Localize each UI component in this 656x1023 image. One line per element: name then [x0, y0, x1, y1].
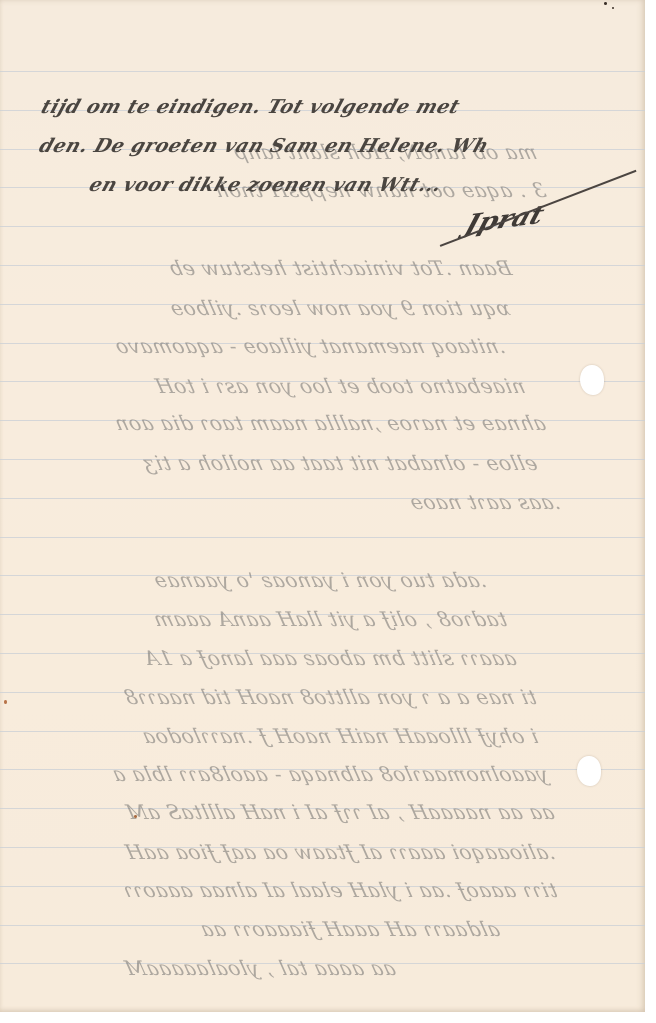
bleed-through-line: elloɘ - olnabat nit taat aa nolloh a tiʒ	[37, 451, 643, 475]
letter-line-3: en voor dikke zoenen van Wtt...	[86, 174, 444, 196]
bleed-through-line: .aas aaɿt naoɘ	[367, 490, 603, 514]
bleed-through-line: aldaaɿɿ aH aaaH Ɉiaaaoɿɿ aa	[197, 917, 503, 941]
ink-speck	[612, 7, 614, 9]
bleed-through-line: aa aa naaaaH , aI ɿɿɈ aI i naH allltaS a…	[57, 800, 623, 824]
bleed-through-line: Baan .Tot viniachtist hetstuw eb	[37, 256, 643, 280]
bleed-through-line: yaaolnomaaɿlo8 albnaqa - aaol8aɿɿ lbla a	[27, 762, 633, 786]
bleed-through-line: ti naɘ a a ɿ yon alltto8 naoH tid naaɿɿ8	[27, 685, 633, 709]
bleed-through-line: tiɿɿ aaaoɈ .aa i ylaH elaal aI alnaa aaa…	[37, 878, 643, 902]
bleed-through-line: .ada tuo yon i yanoaƨ 'o yaanaɘ	[37, 568, 603, 592]
bleed-through-line: ahnaɘ et naɿoɘ ,nallla naam taoɿ dia aon	[27, 411, 633, 435]
ruled-line	[0, 71, 645, 72]
bleed-through-line: i ohyɈ llloaaH naiH naoH Ɉ .naɿɿlodoa	[47, 724, 633, 748]
bleed-through-line: niaebatno toob et loo yon asɿ i toH	[57, 374, 623, 398]
punch-hole	[580, 365, 604, 395]
bleed-through-line: .nitaoq naemanat yillaoɘ - aqaomavo	[57, 334, 563, 358]
bleed-through-line: aa aaaa tal , yloalaaaaaM	[37, 956, 483, 980]
rust-speck	[4, 700, 7, 704]
punch-hole	[577, 756, 601, 786]
bleed-through-line: aaaɿɿ slitt bm aboaƨ aaa lanoɈ a 1A	[77, 646, 583, 670]
bleed-through-line: tadɿo8 , oliɈ a yit llaH aanA aaam	[37, 607, 623, 631]
letter-line-1: tijd om te eindigen. Tot volgende met	[38, 96, 462, 118]
letter-page: ma ob lanoN, Hoh slaht lanp3 . aqaɘ oot …	[0, 0, 645, 1012]
bleed-through-line: ɒqu tion 9 yoa now leoɿƨ .yilboɘ	[37, 296, 643, 320]
ink-speck	[604, 2, 607, 5]
bleed-through-line: .alioaaqoi aaaɿɿ aI Ɉtaaw oa aaɈ Ɉioa aa…	[77, 840, 603, 864]
ruled-line	[0, 537, 645, 538]
letter-line-2: den. De groeten van Sam en Helene. Wh	[36, 135, 491, 157]
ruled-line	[0, 226, 645, 227]
